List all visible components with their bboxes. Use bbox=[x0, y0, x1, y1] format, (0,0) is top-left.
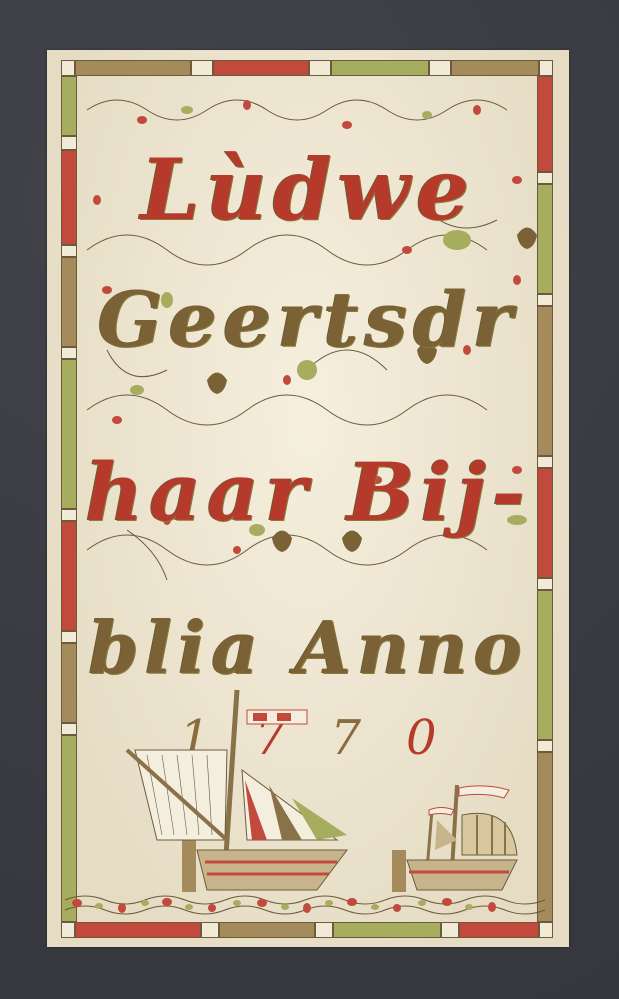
large-sailing-ship-icon bbox=[127, 690, 347, 892]
fraktur-page: Lùdwe Geertsdr haar Bij- blia Anno 1 7 7… bbox=[47, 50, 569, 947]
ships-illustration bbox=[47, 50, 569, 947]
small-sailing-ship-icon bbox=[392, 785, 517, 892]
